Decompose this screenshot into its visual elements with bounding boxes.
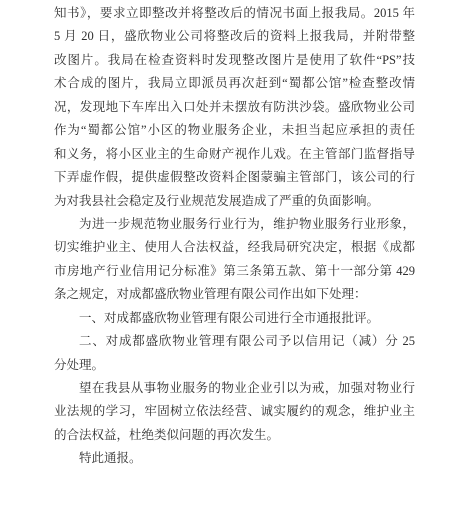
text-line: 二、对成都盛欣物业管理有限公司予以信用记（减）分 25 bbox=[54, 330, 415, 353]
text-line: 分处理。 bbox=[54, 354, 415, 377]
text-line: 的合法权益，杜绝类似问题的再次发生。 bbox=[54, 424, 415, 447]
text-line: 为对我县社会稳定及行业规范发展造成了严重的负面影响。 bbox=[54, 190, 415, 213]
text-line: 一、对成都盛欣物业管理有限公司进行全市通报批评。 bbox=[54, 307, 415, 330]
text-line: 市房地产行业信用记分标准》第三条第五款、第十一部分第 429 bbox=[54, 260, 415, 283]
document-page: 知书》，要求立即整改并将整改后的情况书面上报我局。2015 年5 月 20 日，… bbox=[0, 0, 476, 505]
text-line: 知书》，要求立即整改并将整改后的情况书面上报我局。2015 年 bbox=[54, 2, 415, 25]
text-line: 望在我县从事物业服务的物业企业引以为戒，加强对物业行 bbox=[54, 377, 415, 400]
text-line: 术合成的图片，我局立即派员再次赶到“蜀都公馆”检查整改情 bbox=[54, 72, 415, 95]
text-line: 5 月 20 日，盛欣物业公司将整改后的资料上报我局，并附带整 bbox=[54, 25, 415, 48]
text-line: 切实维护业主、使用人合法权益，经我局研究决定，根据《成都 bbox=[54, 236, 415, 259]
document-body: 知书》，要求立即整改并将整改后的情况书面上报我局。2015 年5 月 20 日，… bbox=[54, 2, 415, 471]
text-line: 条之规定，对成都盛欣物业管理有限公司作出如下处理： bbox=[54, 283, 415, 306]
text-line: 作为“蜀都公馆”小区的物业服务企业，未担当起应承担的责任 bbox=[54, 119, 415, 142]
text-line: 和义务，将小区业主的生命财产视作儿戏。在主管部门监督指导 bbox=[54, 143, 415, 166]
text-line: 为进一步规范物业服务行业行为，维护物业服务行业形象， bbox=[54, 213, 415, 236]
text-line: 特此通报。 bbox=[54, 447, 415, 470]
text-line: 改图片。我局在检查资料时发现整改图片是使用了软件“PS”技 bbox=[54, 49, 415, 72]
text-line: 况，发现地下车库出入口处并未摆放有防洪沙袋。盛欣物业公司 bbox=[54, 96, 415, 119]
text-line: 下弄虚作假，提供虚假整改资料企图蒙骗主管部门，该公司的行 bbox=[54, 166, 415, 189]
text-line: 业法规的学习，牢固树立依法经营、诚实履约的观念，维护业主 bbox=[54, 400, 415, 423]
